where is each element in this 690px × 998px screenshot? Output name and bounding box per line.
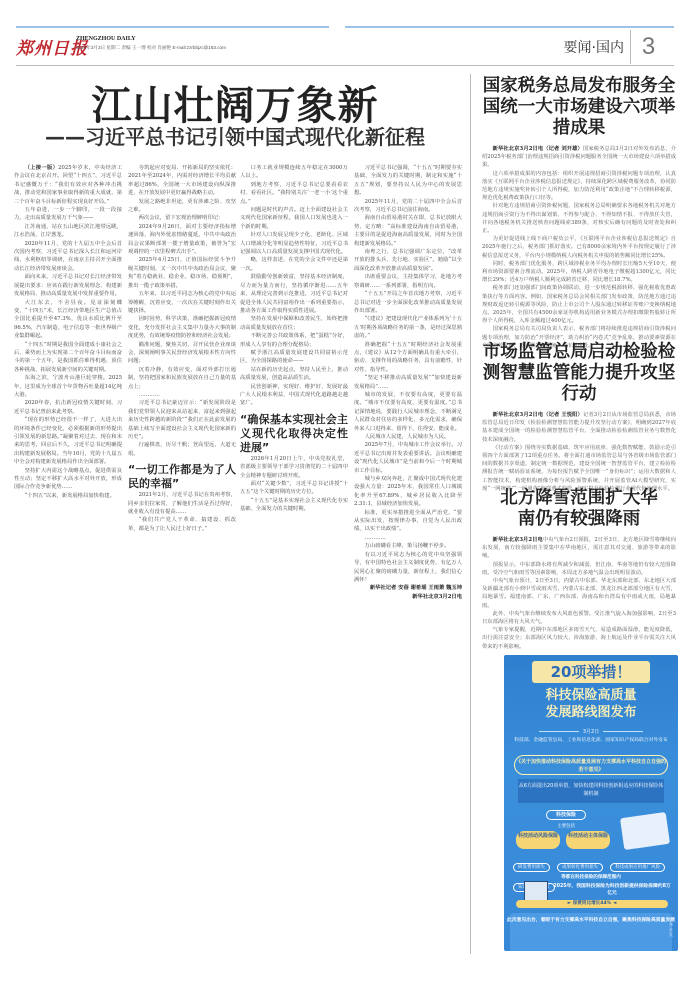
pill-entity-insurance: 科技活动主体保险 <box>566 831 610 849</box>
issue-info: 2026年3月3日 星期二 责编 王一博 校对 肖丽艳 E-mail:zzrbb… <box>76 45 226 51</box>
header-rule-left <box>16 26 329 28</box>
infographic-title: 科技保险高质量 发展路线图发布 <box>504 687 678 721</box>
paragraph: 坚持扩大内需这个战略基点，促进供需良性互动；坚定不移扩大高水平对外开放，形成国际… <box>14 467 122 492</box>
paragraph: “十四五”以来，新发展格局加快构建。 <box>14 492 122 500</box>
page-number: 3 <box>630 30 666 64</box>
paragraph: 2020年春，抗击新冠疫情关键时刻，习近平总书记曾前来此考察。 <box>14 399 122 416</box>
paragraph: 新华社北京3月2日电（记者 刘开雄）国家税务总局3月2日对外发布消息，介绍202… <box>482 145 676 170</box>
paragraph: 标准，更实举措推进全面从严治党，“要从实际出发，按规律办事，自觉为人民出政绩，以… <box>354 509 462 534</box>
paragraph: 城市的发展，不仅要有高度，更要有温度。“城市不仅要有高度，更要有温度。”总书记深… <box>354 391 462 433</box>
paragraph: 赋予浙江高质量发展建设共同富裕示范区，为全国探路的使命—— <box>240 349 348 366</box>
paragraph: 江苏南通，站在五山地区滨江地带远眺，江水浩荡，江岸葱茏。 <box>14 223 122 240</box>
paragraph: 习近平总书记强调，“十五五”时期要夯实基础、全面发力的关键时期，制定和实施“十五… <box>354 164 462 198</box>
paragraph: 城与乡双向奔赴，汇聚成中国式现代化建设强大力量：2025年末，我国常住人口城镇化… <box>354 475 462 509</box>
infographic-includes-label: 主要包括 <box>534 823 598 829</box>
infographic-banner: 20项举措！ <box>532 661 650 683</box>
paragraph: 税务部门还加强部门间政策协调联动，进一步规范税源转移、强化税收优惠政策执行等方面… <box>482 284 676 325</box>
article-market-supervision: 市场监管总局启动检验检测智慧监管能力提升攻坚行动 新华社北京3月2日电（记者 王… <box>482 342 676 493</box>
paragraph: 气象专家提醒，近期中东部地区多雨雪天气，易造成路面湿滑，能见度降低，出行需注意安… <box>482 626 676 651</box>
masthead: 郑州日报 ZHENGZHOU DAILY 2026年3月3日 星期二 责编 王一… <box>16 30 674 66</box>
paragraph: 沉着冷静，有效应变，面对外部打压遏制，坚持把国家和民族发展放在自己力量的基点上； <box>128 366 236 391</box>
paragraph: 因时因势，科学决策，准确把握新冠疫情变化，充分发挥社会主义集中力量办大事的制度优… <box>128 315 236 340</box>
paragraph: 准确把握“十五五”时期经济社会发展重点，《建议》从12个方面明确具有重大牵引、驱… <box>354 341 462 375</box>
paragraph: 针对人口发展呈现少子化、老龄化、区域人口增减分化等明显趋势性特征，习近平总书记强… <box>240 231 348 256</box>
chip: 研发费用损失 <box>513 863 550 872</box>
paragraph: 新华社北京3月2日电（记者 王悦阳）记者3月2日从市场监管总局获悉，市场监管总局… <box>482 411 676 444</box>
english-name: ZHENGZHOU DAILY <box>76 36 136 42</box>
paragraph: 预报显示，中东部降水将有所减少和减弱，但江南、华南等地仍有较大范围降雨。受冷空气… <box>482 561 676 577</box>
paragraph: 发展之路绝非坦途，更有涉滩之险、攻坚之难。 <box>128 198 236 215</box>
paragraph: 站在新的历史起点，坚持人民至上，推动高质量发展，创造高品质生活。 <box>240 366 348 383</box>
header-rule-right <box>345 26 674 28</box>
section-name: 要闻·国内 <box>564 37 624 57</box>
paragraph: “现在的形势已经很不一样了，大进大出的环境条件已经变化，必须根据新的形势提出引领… <box>14 416 122 466</box>
article-title: 北方降雪范围扩大华南仍有较强降雨 <box>482 488 676 530</box>
article-title: 国家税务总局发布服务全国统一大市场建设六项举措成果 <box>482 76 676 139</box>
paragraph: 人民城市人民建，人民城市为人民。 <box>354 433 462 441</box>
column-divider <box>470 74 471 954</box>
infographic-measures: 从6方面提出20项举措，加快构建同科技创新相适应的科技保险体制机制 <box>518 779 664 803</box>
infographic-issuers: 科技部、金融监管总局、工业和信息化部、国家知识产权局联合对外发布 <box>514 737 668 744</box>
paragraph: 鼓励勤劳创新致富，坚持基本经济制度，尽力而为量力而行，坚持循序渐进……五年来，从… <box>240 273 348 315</box>
paragraph: 面对“关键少数”，习近平总书记讲授“十五五”这个关键时期的历史方位。 <box>240 480 348 497</box>
main-subheadline: ——习近平总书记引领中国式现代化新征程 <box>0 121 470 150</box>
paragraph: 夯筑起应对变局、开拓新局的坚实依托：2021年至2024年，内需对经济增长平均贡… <box>128 164 236 198</box>
infographic-tag: 科技保险 <box>546 810 586 820</box>
story-column-1: （上接一版）2025年岁末，中央经济工作会议在北京召开。回望“十四五”，习近平总… <box>14 164 122 954</box>
paragraph: 此外，中央气象台继续发布大风蓝色预警。受江淮气旋入海加强影响，2日至3日东部海区… <box>482 610 676 626</box>
article-title: 市场监管总局启动检验检测智慧监管能力提升攻坚行动 <box>482 342 676 405</box>
paragraph: 东海之滨，宁波舟山港巨轮穿梭。2025年，这里成为全球首个年货物吞吐量超14亿吨… <box>14 374 122 399</box>
paragraph: 面向未来，习近平总书记对长江经济带发展提出要求：应该在践行新发展理念、构建新发展… <box>14 273 122 298</box>
chip: 成果转化费用损失 <box>557 863 603 872</box>
paragraph: 民营创新神，实现好、维护好、发展好最广大人民根本利益，中国式现代化道路越走越宽广… <box>240 383 348 408</box>
paragraph: 五年奋进，一步一个脚印，一段一段接力，走出高质量发展万千气象—— <box>14 206 122 223</box>
paragraph: 大江东去，不舍昼夜。见证深刻蝶变，“十四五”末，长江经济带地区生产总值占全国比重… <box>14 299 122 341</box>
paragraph: 到地方考察，习近平总书记总要看看农村、看看社区。“我特别关注‘一老一小’这个重点… <box>240 181 348 206</box>
story-column-4: 习近平总书记强调，“十五五”时期要夯实基础、全面发力的关键时期，制定和实施“十五… <box>354 164 462 954</box>
article-tax: 国家税务总局发布服务全国统一大市场建设六项举措成果 新华社北京3月2日电（记者 … <box>482 76 676 350</box>
infographic-stat: 2025年，我国科技保险为科技创新提供保险保障约8万亿元 <box>552 883 672 897</box>
paragraph: 瞄准问题，聚焦关切，召开民营企业座谈会，深刻阐明事关民营经济发展根本性方向性问题… <box>128 341 236 366</box>
paragraph: 新华社北京3月2日电中央气象台2日预报，2日至3日，北方地区降雪将继续向东发展，… <box>482 536 676 561</box>
chip: 科技成果应用推广风险 <box>610 863 665 872</box>
pill-risk-insurance: 科技活动风险保险 <box>516 831 560 849</box>
story-column-2: 夯筑起应对变局、开拓新局的坚实依托：2021年至2024年，内需对经济增长平均贡… <box>128 164 236 954</box>
paragraph: 问题是时代的声音。迈上全面建设社会主义现代化国家新征程，我国人口发展也进入一个新… <box>240 206 348 231</box>
article-weather: 北方降雪范围扩大华南仍有较强降雨 新华社北京3月2日电中央气象台2日预报，2日至… <box>482 488 676 651</box>
paragraph: “我们共产党人干革命、搞建设、抓改革，都是为了让人民过上好日子。” <box>128 516 236 533</box>
paragraph: 有以习近平同志为核心的党中央坚强领导，有中国特色社会主义制度优势，有亿万人民同心… <box>354 551 462 585</box>
tech-insurance-infographic: 20项举措！ 科技保险高质量 发展路线图发布 3月2日 科技部、金融监管总局、工… <box>504 655 678 951</box>
document-magnifier-icon <box>620 812 670 850</box>
paragraph: 2021年2月，习近平总书记在贵州考察，同乡亲们拉家常，了解他们生活是否过得好，… <box>128 491 236 516</box>
section-subheading: “一切工作都是为了人民的幸福” <box>128 463 236 491</box>
paragraph: 针对地方违规招商引资涉税问题，国家税务总局明确要求各地税务机关对地方违规招商引资… <box>482 202 676 235</box>
article-body: 新华社北京3月2日电（记者 刘开雄）国家税务总局3月2日对外发布消息，介绍202… <box>482 145 676 350</box>
paragraph: 2025年11月，党的二十届四中全会后首次考察，习近平总书记前往海南。 <box>354 198 462 215</box>
paragraph: 2025年7月，中央城市工作会议举行。习近平总书记出席并发表重要讲话。会议明确建… <box>354 441 462 475</box>
article-body: 新华社北京3月2日电中央气象台2日预报，2日至3日，北方地区降雪将继续向东发展，… <box>482 536 676 651</box>
infographic-document-title: 《关于加快推动科技保险高质量发展有力支撑高水平科技自立自强的若干意见》 <box>514 755 668 775</box>
paragraph: “《建议》把建设现代化产业体系列为‘十五五’时期各项战略任务的第一条，是经过深思… <box>354 315 462 340</box>
paragraph: ………… <box>354 534 462 542</box>
paragraph: 2024年9月26日，面对主要经济指标增速回落，海内外忧虑情绪蔓延，中共中央政治… <box>128 223 236 257</box>
paragraph: （上接一版）2025年岁末，中央经济工作会议在北京召开。回望“十四五”，习近平总… <box>14 164 122 206</box>
image-credit: 新华社发 <box>669 917 675 937</box>
paragraph: 万山磅礴看主峰，策马扬鞭不停步。 <box>354 542 462 550</box>
story-column-3: 口务工就业规模连续五年稳定在3000万人以上。到地方考察，习近平总书记总要看看农… <box>240 164 348 954</box>
paragraph: 这六项举措成果的内容包括：组织开展违规招商引资涉税问题专项治理，认真落实《互联网… <box>482 170 676 203</box>
paragraph: “十四五”时期是我国全面建成小康社会之后，乘势而上为实现第二个百年奋斗目标而奋斗… <box>14 341 122 375</box>
article-body: 新华社北京3月2日电（记者 王悦阳）记者3月2日从市场监管总局获悉，市场监管总局… <box>482 411 676 493</box>
paragraph: 习近平总书记豪迈宣示：“新发展阶段是我们党带领人民迎来从站起来、富起来到强起来历… <box>128 399 236 441</box>
paragraph: 南粤之行，总书记强调广东定位，“改革开放的排头兵、先行地、实验区”，勉励“以全面… <box>354 248 462 273</box>
paragraph: “十五五”开局之年首次地方考察，习近平总书记对进一步全面深化改革推动高质量发展作… <box>354 290 462 315</box>
byline: 新华社记者 安蓓 谢希瑶 王雨萧 魏玉坤 <box>354 584 462 592</box>
paragraph: “坚定不移推动高质量发展”“加快建设新发展格局”…… <box>354 374 462 391</box>
paragraph: 为更好促进线上线下商户税负公平，《互联网平台企业涉税信息报送规定》自2025年施… <box>482 235 676 260</box>
paragraph: 《行动方案》围绕夯实数据基础、筑牢应用底座、强化数智赋能、鼓励示范引领四个方面部… <box>482 444 676 493</box>
paragraph: 2026年1月20日上午，中央党校礼堂，省部级主要领导干部学习贯彻党的二十届四中… <box>240 455 348 480</box>
paragraph: 2025年4月25日，正值国际经贸斗争升级关键时刻，又一次中共中央政治局会议，聚… <box>128 256 236 290</box>
paragraph: 行遍棋盘，历尽千帆；登高望远，大道无垠。 <box>128 441 236 458</box>
premium-growth: ► 保费同比增长44% ◄ <box>516 900 668 908</box>
paragraph: 不断完善公共政策体系，把“蛋糕”分好，形成人人享有的合理分配格局； <box>240 332 348 349</box>
building-icon <box>524 881 548 901</box>
paragraph: 中央气象台预计，2日至3日，内蒙古中东部、华北东部和北部、东北地区大部及新疆北部… <box>482 577 676 610</box>
paragraph: 坚持在发展中保障和改善民生，始终把推动高质量发展放在首位； <box>240 315 348 332</box>
paragraph: 五年来，以习近平同志为核心的党中央运筹帷幄，沉着应变，一次次在关键时刻作出关键抉… <box>128 290 236 315</box>
paragraph: “十五五”是基本实现社会主义现代化夯实基础、全面发力的关键时期。 <box>240 497 348 514</box>
paragraph: 出席重要会议，主持集体学习，赴地方考察调研……一系列部署，指明方向。 <box>354 273 462 290</box>
paragraph: ………… <box>128 391 236 399</box>
infographic-date: 3月2日 <box>504 728 678 735</box>
panel-text: 此次意见出台，着眼于有力支撑高水平科技自立自强，聚焦科技保险高质量发展 <box>504 917 678 924</box>
paragraph: 2020年11月，党的十九届五中全会后首次国内考察，习近平总书记深入长江和运河岸… <box>14 240 122 274</box>
section-subheading: “确保基本实现社会主义现代化取得决定性进展” <box>240 413 348 455</box>
paragraph: 略，这样表述，在党的全会文件中还是第一次。 <box>240 256 348 273</box>
paragraph: 口务工就业规模连续五年稳定在3000万人以上。 <box>240 164 348 181</box>
dateline: 新华社北京3月2日电 <box>354 593 462 601</box>
paragraph: 两次会议，留下宏观治理鲜明印记： <box>128 214 236 222</box>
paragraph: 海南自由贸易港封关在即，总书记放眼大势、定方略：“高标准建设海南自由贸易港，主要… <box>354 214 462 248</box>
coverage-note: 等都在科技保险的保障范围内 <box>504 874 678 880</box>
paragraph: 同时，税务部门优化服务，跨区域涉税业务平均办理时长压缩5天至10天，便利市场资源… <box>482 260 676 285</box>
